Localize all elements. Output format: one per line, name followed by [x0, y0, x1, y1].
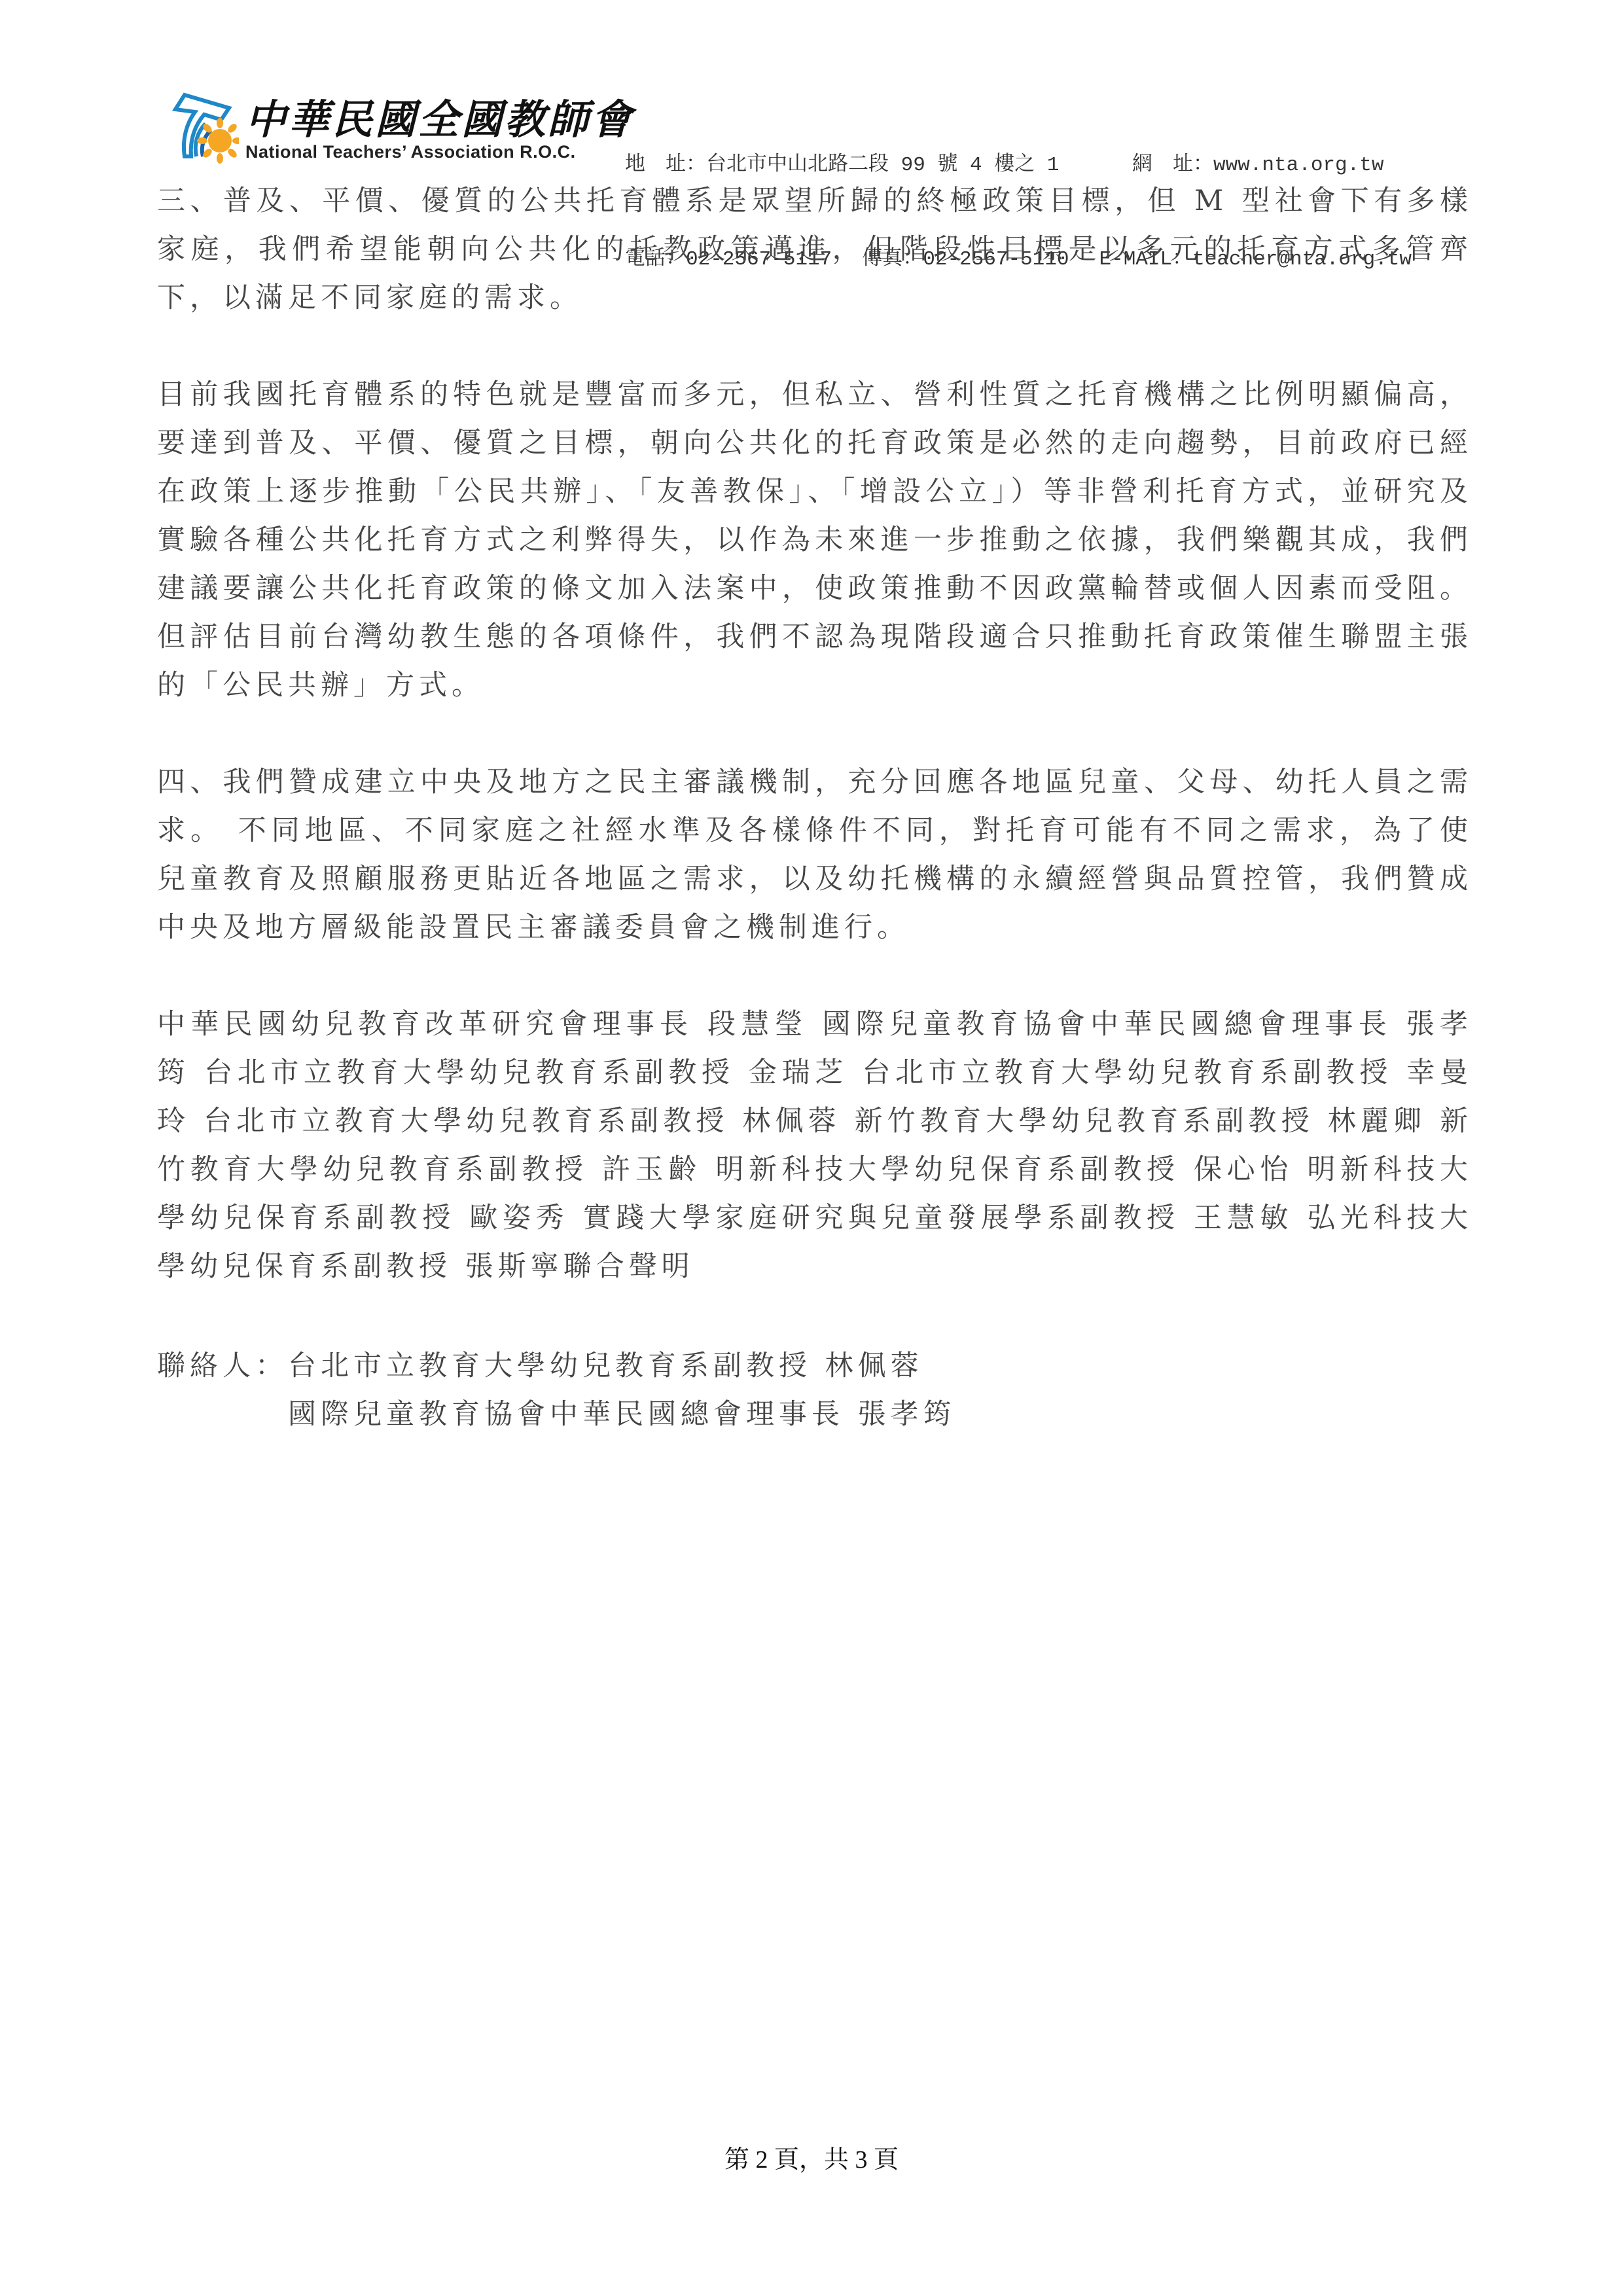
- paragraph-section-three: 三、普及、平價、優質的公共托育體系是眾望所歸的終極政策目標，但 M 型社會下有多…: [157, 177, 1472, 322]
- address-label: 地 址：: [625, 154, 706, 177]
- organization-logo: 中華民國全國教師會 National Teachers’ Association…: [167, 82, 560, 167]
- organization-name-chinese: 中華民國全國教師會: [245, 87, 634, 145]
- letterhead: 中華民國全國教師會 National Teachers’ Association…: [167, 82, 1476, 167]
- contact-persons: 聯絡人：台北市立教育大學幼兒教育系副教授 林佩蓉 國際兒童教育協會中華民國總會理…: [157, 1342, 956, 1439]
- contact-person-2: 國際兒童教育協會中華民國總會理事長 張孝筠: [157, 1390, 956, 1439]
- contact-person-1: 台北市立教育大學幼兒教育系副教授 林佩蓉: [288, 1350, 923, 1382]
- address-value: 台北市中山北路二段 99 號 4 樓之 1: [706, 154, 1059, 177]
- contact-person-line: 聯絡人：台北市立教育大學幼兒教育系副教授 林佩蓉: [157, 1342, 956, 1390]
- paragraph-signatories: 中華民國幼兒教育改革研究會理事長 段慧瑩 國際兒童教育協會中華民國總會理事長 張…: [157, 1000, 1472, 1291]
- document-body: 三、普及、平價、優質的公共托育體系是眾望所歸的終極政策目標，但 M 型社會下有多…: [157, 177, 1472, 1339]
- website-link[interactable]: www.nta.org.tw: [1213, 154, 1383, 177]
- organization-name-english: National Teachers’ Association R.O.C.: [245, 142, 576, 162]
- nta-logo-icon: [170, 88, 239, 164]
- paragraph-section-four: 四、我們贊成建立中央及地方之民主審議機制，充分回應各地區兒童、父母、幼托人員之需…: [157, 758, 1472, 952]
- paragraph-current-system: 目前我國托育體系的特色就是豐富而多元，但私立、營利性質之托育機構之比例明顯偏高，…: [157, 370, 1472, 709]
- contact-label: 聯絡人：: [157, 1350, 288, 1382]
- website-label: 網 址：: [1132, 154, 1213, 177]
- page-number: 第 2 頁，共 3 頁: [0, 2139, 1623, 2175]
